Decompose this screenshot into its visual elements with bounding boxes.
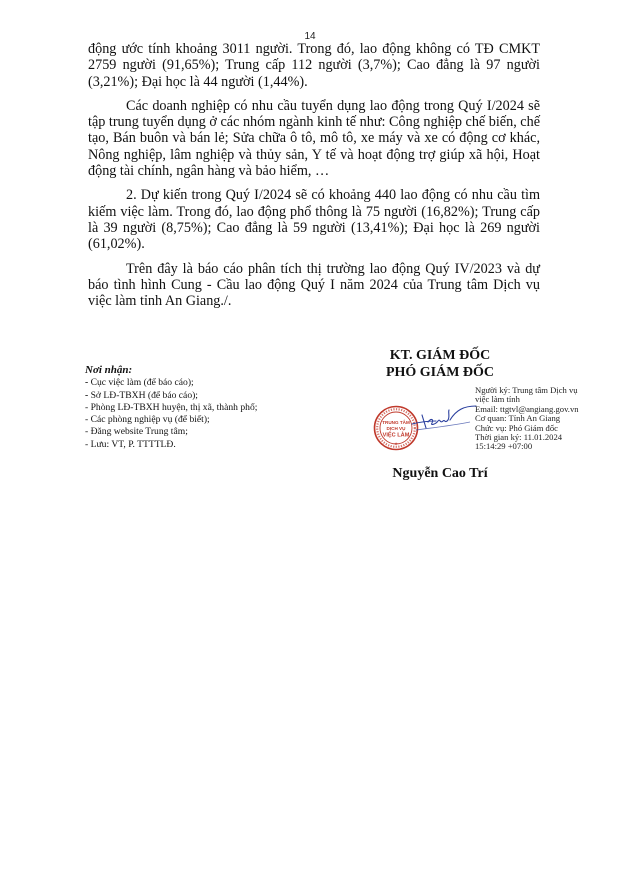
paragraph-industries: Các doanh nghiệp có nhu cầu tuyển dụng l… bbox=[88, 98, 540, 179]
recipient-item: Đăng website Trung tâm; bbox=[85, 426, 257, 438]
svg-text:TRUNG TÂM: TRUNG TÂM bbox=[382, 419, 410, 425]
recipients-block: Nơi nhận: Cục việc làm (để báo cáo); Sở … bbox=[85, 364, 257, 451]
svg-text:DỊCH VỤ: DỊCH VỤ bbox=[387, 426, 407, 431]
signature-title-line2: PHÓ GIÁM ĐỐC bbox=[370, 364, 510, 381]
recipient-item: Các phòng nghiệp vụ (để biết); bbox=[85, 414, 257, 426]
recipient-item: Sở LĐ-TBXH (để báo cáo); bbox=[85, 390, 257, 402]
paragraph-conclusion: Trên đây là báo cáo phân tích thị trường… bbox=[88, 261, 540, 310]
recipients-heading: Nơi nhận: bbox=[85, 364, 257, 376]
paragraph-continued: động ước tính khoảng 3011 người. Trong đ… bbox=[88, 41, 540, 90]
signing-time: 15:14:29 +07:00 bbox=[475, 442, 579, 451]
recipient-item: Lưu: VT, P. TTTTLĐ. bbox=[85, 439, 257, 451]
recipient-item: Cục việc làm (để báo cáo); bbox=[85, 377, 257, 389]
digital-signature-info: Người ký: Trung tâm Dịch vụ việc làm tỉn… bbox=[475, 386, 579, 452]
svg-text:VIỆC LÀM: VIỆC LÀM bbox=[383, 431, 410, 439]
signature-title-line1: KT. GIÁM ĐỐC bbox=[370, 347, 510, 364]
recipient-item: Phòng LĐ-TBXH huyện, thị xã, thành phố; bbox=[85, 402, 257, 414]
document-body: động ước tính khoảng 3011 người. Trong đ… bbox=[88, 41, 540, 317]
recipients-list: Cục việc làm (để báo cáo); Sở LĐ-TBXH (đ… bbox=[85, 377, 257, 451]
svg-text:★: ★ bbox=[394, 441, 398, 446]
signer-name: Nguyễn Cao Trí bbox=[370, 466, 510, 482]
handwritten-signature-icon bbox=[410, 400, 480, 440]
paragraph-job-seekers-forecast: 2. Dự kiến trong Quý I/2024 sẽ có khoảng… bbox=[88, 187, 540, 252]
signature-title: KT. GIÁM ĐỐC PHÓ GIÁM ĐỐC bbox=[370, 347, 510, 381]
